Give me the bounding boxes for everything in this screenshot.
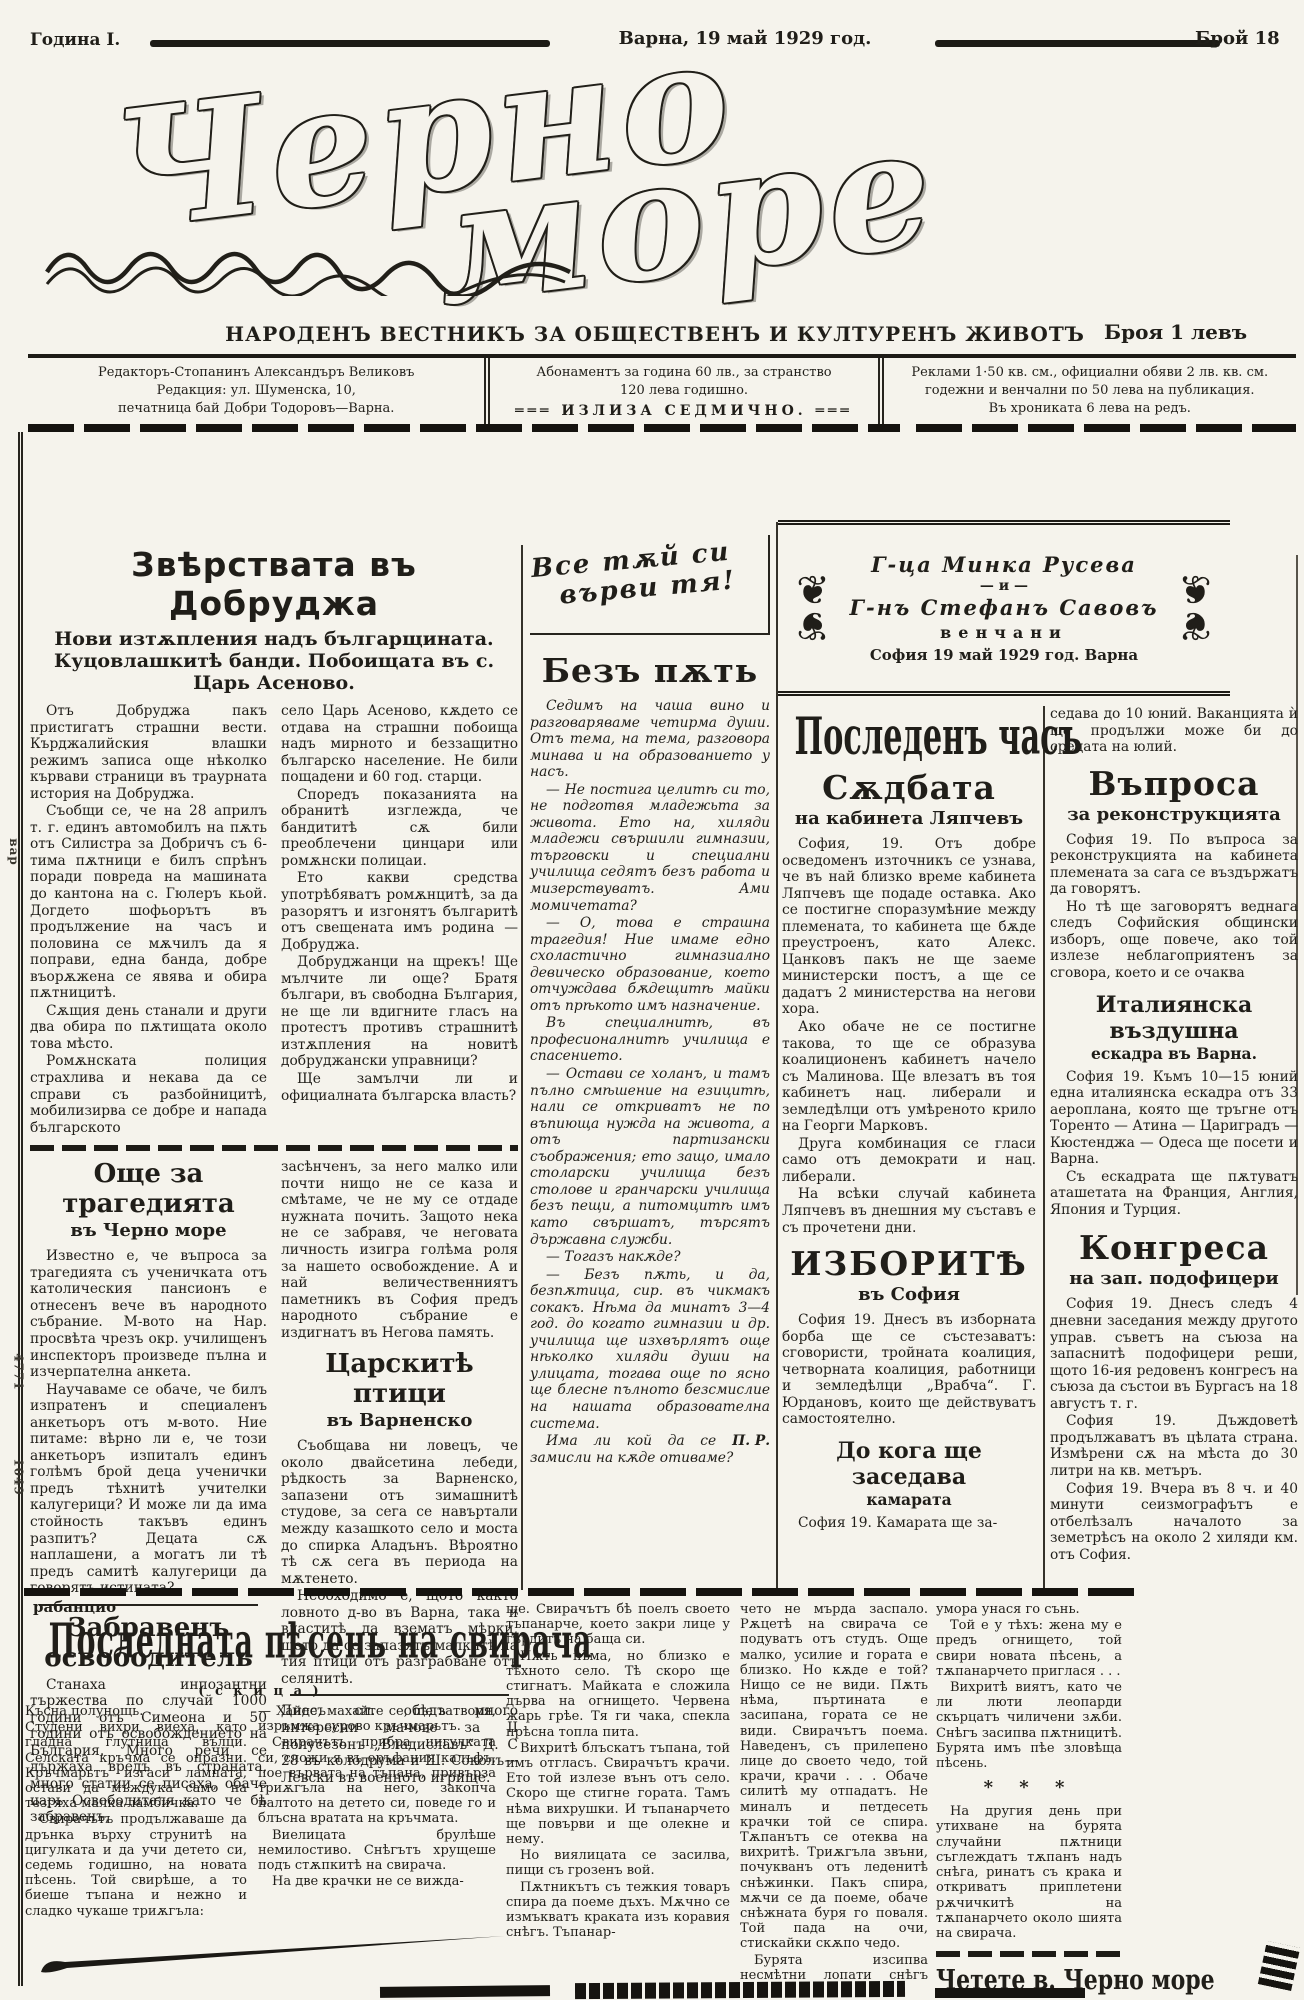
paragraph: Студени вихри виеха, като гладна глутниц…: [25, 1720, 247, 1811]
paragraph: На всѣки случай кабинета Ляпчевъ въ днеш…: [782, 1186, 1036, 1236]
squadron-body: София 19. Къмъ 10—15 юний една италиянск…: [1050, 1069, 1298, 1219]
atrocities-col2: село Царь Асеново, кѫдето се отдава на с…: [281, 703, 518, 1137]
paragraph: засѣнченъ, за него малко или почти нищо …: [281, 1159, 518, 1341]
paragraph: Свирачътъ прибра цигулката си, сложи я в…: [258, 1735, 496, 1826]
paragraph: София 19. Камарата ще за-: [782, 1515, 1036, 1532]
paragraph: Ромѫнската полиция страхлива и некава да…: [30, 1053, 267, 1136]
paragraph: Късна полунощь.: [25, 1704, 247, 1719]
paragraph: София 19. Днесъ въ изборната борба ще се…: [782, 1312, 1036, 1428]
imprint-bar: Редакторъ-Стопанинъ Александъръ Великовъ…: [28, 354, 1296, 430]
fate-body: София, 19. Отъ добре осведоменъ източник…: [782, 836, 1036, 1236]
author-signature: П. Р.: [716, 1433, 770, 1450]
paragraph: Съобщава ни ловецъ, че около двайсетина …: [281, 1438, 518, 1587]
liberator-continuation: засѣнченъ, за него малко или почти нищо …: [281, 1159, 518, 1341]
paragraph: ще. Свирачътъ бѣ поелъ своето тъпанарче,…: [506, 1602, 730, 1648]
reconstruction-headline: Въпроса: [1050, 764, 1298, 803]
paragraph: София 19. Дъждоветѣ продължаватъ въ цѣла…: [1050, 1413, 1298, 1479]
story-headline-wrap: Последната пѣсень на свирача: [25, 1614, 495, 1684]
scan-artifact: [935, 1988, 1085, 1998]
last-hour-banner: Последенъ часъ: [782, 706, 1036, 768]
newspaper-page: { "page": { "top": { "era": "Година I.",…: [0, 0, 1304, 2000]
paragraph: — Безъ пѫть, и да, безпѫтица, сир. въ чи…: [530, 1267, 770, 1432]
scan-artifact: [1258, 1941, 1300, 1991]
paragraph: — Не постига целитѣ си то, не подготвя м…: [530, 782, 770, 914]
weekly-note: ═══ ИЗЛИЗА СЕДМИЧНО. ═══: [498, 402, 869, 422]
birds-subhead: въ Варненско: [281, 1410, 518, 1431]
issue-number: Брой 18: [1195, 28, 1290, 49]
price-label: Броя 1 левъ: [1104, 320, 1294, 344]
wedding-text: Г-ца Минка Русева — и — Г-нъ Стефанъ Сав…: [844, 552, 1164, 664]
chamber-subhead: камарата: [782, 1490, 1036, 1509]
last-hour-headline: Последенъ часъ: [794, 706, 1081, 766]
paragraph: София 19. Вчера въ 8 ч. и 40 минути сеиз…: [1050, 1481, 1298, 1564]
reconstruction-subhead: за реконструкцията: [1050, 804, 1298, 825]
story-col5: умора унася го сънь. Той е у тѣхъ: жена …: [936, 1602, 1122, 1991]
masthead-wave-flourish: [45, 232, 575, 296]
paragraph: На другия день при утихване на бурята сл…: [936, 1804, 1122, 1941]
paragraph: седава до 10 юний. Ваканцията ѝ ще продъ…: [1050, 706, 1298, 756]
squadron-subhead: ескадра въ Варна.: [1050, 1044, 1298, 1063]
fate-headline: Сѫдбата: [782, 768, 1036, 807]
paragraph: Ако обаче не се постигне такова, то ще с…: [782, 1019, 1036, 1135]
column-rule-a-b: [521, 545, 523, 1590]
birds-headline: Царскитѣ птици: [281, 1349, 518, 1409]
ads-line3: Въ хрониката 6 лева на редъ.: [892, 400, 1288, 418]
column-right-news: седава до 10 юний. Ваканцията ѝ ще продъ…: [1050, 706, 1298, 1564]
paragraph: Съ ескадрата ще пѫтуватъ аташетата на Фр…: [1050, 1169, 1298, 1219]
wedding-announcement: ❦ ❦ Г-ца Минка Русева — и — Г-нъ Стефанъ…: [778, 520, 1230, 696]
chamber-headline: До кога ще заседава: [782, 1438, 1036, 1490]
atrocities-col1: Отъ Добруджа пакъ пристигатъ страшни вес…: [30, 703, 267, 1137]
asterisk-divider: * * *: [936, 1777, 1122, 1798]
nopath-headline: Безъ пѫть: [530, 651, 770, 690]
paragraph: — Хайде, махайте се, ще затворя, изръмжа…: [258, 1704, 496, 1734]
weekly-deco-right: ═══: [816, 403, 853, 419]
groom-name: Г-нъ Стефанъ Савовъ: [844, 595, 1164, 620]
story-subtitle: ( с к и ц а ): [25, 1684, 495, 1699]
squadron-headline: Италиянска въздушна: [1050, 992, 1298, 1044]
paragraph: Известно е, че въпроса за трагедията съ …: [30, 1248, 267, 1380]
paragraph: София 19. По въпроса за реконструкцията …: [1050, 832, 1298, 898]
paragraph: умора унася го сънь.: [936, 1602, 1122, 1617]
elections-body: София 19. Днесъ въ изборната борба ще се…: [782, 1312, 1036, 1428]
elections-subhead: въ София: [782, 1284, 1036, 1305]
bride-name: Г-ца Минка Русева: [844, 552, 1164, 577]
volume-label: Година I.: [30, 30, 120, 50]
section-separator: [30, 1145, 518, 1151]
story-col2: — Хайде, махайте се, ще затворя, изръмжа…: [258, 1704, 496, 1890]
subscription-line1: Абонаментъ за година 60 лв., за странств…: [498, 364, 869, 382]
paragraph: Споредъ показанията на обранитѣ изглежда…: [281, 787, 518, 870]
left-margin-rule: [18, 432, 23, 1986]
paragraph-with-signature: П. Р. Има ли кой да се замисли на кѫде о…: [530, 1433, 770, 1466]
paragraph: София 19. Къмъ 10—15 юний една италиянск…: [1050, 1069, 1298, 1168]
newspaper-subtitle: НАРОДЕНЪ ВЕСТНИКЪ ЗА ОБЩЕСТВЕНЪ И КУЛТУР…: [190, 322, 1120, 346]
paragraph: Ето какви средства употрѣбяватъ ромѫнцит…: [281, 870, 518, 953]
atrocities-columns: Отъ Добруджа пакъ пристигатъ страшни вес…: [30, 703, 518, 1137]
top-rule-right: [935, 40, 1220, 47]
paragraph: Но виялицата се засилва, пищи съ грозенъ…: [506, 1848, 730, 1878]
floral-ornament-icon: ❦: [782, 608, 844, 642]
tragedy-headline: Още за трагедията: [30, 1159, 267, 1219]
paragraph: — Тогазъ накѫде?: [530, 1249, 770, 1266]
elections-headline: ИЗБОРИТѢ: [782, 1244, 1036, 1283]
atrocities-headline: Звѣрствата въ Добруджа: [30, 545, 518, 623]
article-nopath: Все тѫй си върви тя! Безъ пѫть Седимъ на…: [530, 535, 770, 1467]
ornament-left: ❦ ❦: [782, 574, 844, 642]
cartoon-slogan-box: Все тѫй си върви тя!: [530, 535, 770, 635]
paragraph: София 19. Днесъ следъ 4 дневни заседания…: [1050, 1296, 1298, 1412]
congress-subhead: на зап. подофицери: [1050, 1268, 1298, 1289]
paragraph: Седимъ на чаша вино и разговаряваме чети…: [530, 698, 770, 781]
scan-artifact: [380, 1985, 550, 1998]
paragraph: — О, това е страшна трагедия! Ние имаме …: [530, 915, 770, 1014]
wedding-place-date: София 19 май 1929 год. Варна: [844, 646, 1164, 664]
paragraph: Но тѣ ще заговорятъ веднага следъ Софийс…: [1050, 899, 1298, 982]
paragraph: Виелицата брулѣше немилостиво. Снѣгътъ х…: [258, 1828, 496, 1874]
fate-subhead: на кабинета Ляпчевъ: [782, 808, 1036, 829]
imprint-editor-line2: Редакция: ул. Шуменска, 10,: [36, 382, 476, 400]
weekly-deco-left: ═══: [515, 403, 552, 419]
story-top-rule: [24, 1588, 1136, 1596]
tragedy-subhead: въ Черно море: [30, 1220, 267, 1241]
paragraph: Научаваме се обаче, че билъ изпратенъ и …: [30, 1382, 267, 1597]
pen-flourish: [35, 1928, 515, 1984]
ads-line1: Реклами 1·50 кв. см., официални обяви 2 …: [892, 364, 1288, 382]
tragedy-body: Известно е, че въпроса за трагедията съ …: [30, 1248, 267, 1596]
atrocities-subhead: Нови изтѫпления надъ българщината. Куцов…: [30, 624, 518, 696]
ads-line2: годежни и венчални по 50 лева на публика…: [892, 382, 1288, 400]
story-title-block: Последната пѣсень на свирача ( с к и ц а…: [25, 1614, 495, 1699]
wed-label: венчани: [844, 623, 1164, 642]
congress-headline: Конгреса: [1050, 1228, 1298, 1267]
margin-stamp: 1049: [12, 1458, 26, 1495]
chamber-body: София 19. Камарата ще за-: [782, 1515, 1036, 1532]
paragraph: чето не мърда заспало. Рѫцетѣ на свирача…: [740, 1602, 928, 1952]
margin-stamp: 4771: [12, 1353, 26, 1390]
nopath-body: Седимъ на чаша вино и разговаряваме чети…: [530, 698, 770, 1466]
scan-artifact: [575, 1981, 905, 1999]
paragraph: Вихритѣ виятъ, като че ли люти леопарди …: [936, 1680, 1122, 1771]
congress-body: София 19. Днесъ следъ 4 дневни заседания…: [1050, 1296, 1298, 1563]
subscription-line2: 120 лева годишно.: [498, 382, 869, 400]
imprint-bottom-rule-right: [916, 424, 1296, 432]
paragraph: Добруджанци на щрекъ! Ще мълчите ли още?…: [281, 954, 518, 1070]
column-rule-c-d: [1043, 706, 1045, 1588]
paragraph: — Остави се холанъ, и тамъ пълно смѣшени…: [530, 1066, 770, 1248]
promo-separator: [936, 1951, 1122, 1957]
imprint-editor-line1: Редакторъ-Стопанинъ Александъръ Великовъ: [36, 364, 476, 382]
imprint-editor: Редакторъ-Стопанинъ Александъръ Великовъ…: [28, 358, 484, 430]
imprint-ads: Реклами 1·50 кв. см., официални обяви 2 …: [878, 358, 1296, 430]
paragraph: Пѫтникътъ съ тежкия товаръ спира да поем…: [506, 1880, 730, 1941]
paragraph: Друга комбинация се гласи само отъ демок…: [782, 1136, 1036, 1186]
paragraph: Отъ Добруджа пакъ пристигатъ страшни вес…: [30, 703, 267, 802]
paragraph: София, 19. Отъ добре осведоменъ източник…: [782, 836, 1036, 1018]
column-last-hour: Последенъ часъ Сѫдбата на кабинета Ляпче…: [782, 706, 1036, 1533]
weekly-text: ИЗЛИЗА СЕДМИЧНО.: [561, 403, 806, 419]
story-col3: ще. Свирачътъ бѣ поелъ своето тъпанарче,…: [506, 1602, 730, 1941]
paragraph: Съобщи се, че на 28 априлъ т. г. единъ а…: [30, 803, 267, 1002]
imprint-editor-line3: печатница бай Добри Тодоровъ—Варна.: [36, 400, 476, 418]
paragraph: Пѫть нѣма, но близко е тѣхното село. Тѣ …: [506, 1649, 730, 1740]
paragraph: Той е у тѣхъ: жена му е предъ огнището, …: [936, 1618, 1122, 1679]
paragraph: Въ специалнитѣ, въ професионалнитѣ учили…: [530, 1015, 770, 1065]
cartoon-slogan: Все тѫй си върви тя!: [530, 535, 766, 612]
ornament-right: ❦ ❦: [1164, 574, 1226, 642]
margin-stamp: вар: [7, 838, 21, 866]
paragraph: Свирачътъ продължаваше да дрънка върху с…: [25, 1812, 247, 1918]
and-separator: — и —: [844, 578, 1164, 594]
story-col1: Късна полунощь. Студени вихри виеха, кат…: [25, 1704, 247, 1920]
paragraph: Вихритѣ блъскатъ тъпана, той имъ отгласъ…: [506, 1741, 730, 1847]
imprint-subscription: Абонаментъ за година 60 лв., за странств…: [484, 358, 877, 430]
paragraph: Сѫщия день станали и други два обира по …: [30, 1003, 267, 1053]
reconstruction-body: София 19. По въпроса за реконструкцията …: [1050, 832, 1298, 982]
paragraph: Има ли кой да се замисли на кѫде отиваме…: [530, 1433, 733, 1466]
paragraph: Ще замълчи ли и официалната българска вл…: [281, 1071, 518, 1104]
paragraph: село Царь Асеново, кѫдето се отдава на с…: [281, 703, 518, 786]
floral-ornament-icon: ❦: [1164, 608, 1226, 642]
chamber-continuation: седава до 10 юний. Ваканцията ѝ ще продъ…: [1050, 706, 1298, 756]
imprint-bottom-rule-left: [28, 424, 900, 432]
story-col4: чето не мърда заспало. Рѫцетѣ на свирача…: [740, 1602, 928, 1999]
paragraph: На две крачки не се вижда-: [258, 1874, 496, 1889]
